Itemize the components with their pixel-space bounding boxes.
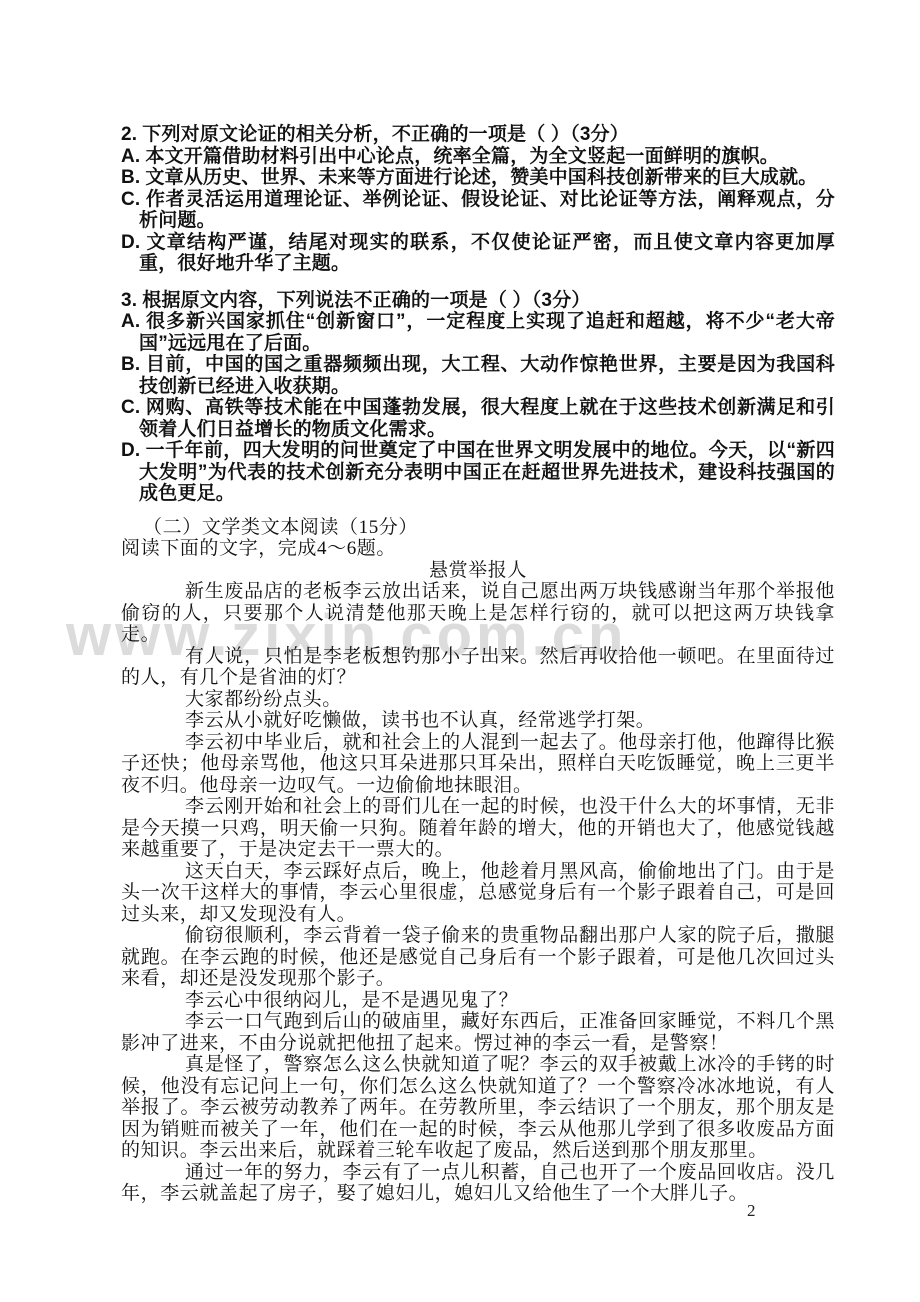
option-d-text: 文章结构严谨，结尾对现实的联系，不仅使论证严密，而且使文章内容更加厚重，很好地升… [139, 232, 835, 275]
option-a-text: 很多新兴国家抓住“创新窗口”，一定程度上实现了追赶和超越，将不少“老大帝国”远远… [139, 311, 835, 354]
question-2-number: 2. [121, 124, 137, 145]
question-3-stem: 根据原文内容，下列说法不正确的一项是（ ）（3分） [142, 290, 590, 311]
question-3-option-b: B.目前，中国的国之重器频频出现，大工程、大动作惊艳世界，主要是因为我国科技创新… [121, 354, 835, 397]
story-paragraph: 新生废品店的老板李云放出话来，说自己愿出两万块钱感谢当年那个举报他偷窃的人，只要… [121, 581, 835, 646]
question-3-option-a: A.很多新兴国家抓住“创新窗口”，一定程度上实现了追赶和超越，将不少“老大帝国”… [121, 311, 835, 354]
story-paragraph: 真是怪了，警察怎么这么快就知道了呢？李云的双手被戴上冰冷的手铐的时候，他没有忘记… [121, 1054, 835, 1162]
option-a-label: A. [121, 311, 140, 332]
question-2: 2.下列对原文论证的相关分析，不正确的一项是（ ）（3分） A.本文开篇借助材料… [121, 124, 835, 275]
page-content: 2.下列对原文论证的相关分析，不正确的一项是（ ）（3分） A.本文开篇借助材料… [121, 124, 835, 1205]
reading-instruction: 阅读下面的文字，完成4～6题。 [121, 538, 835, 560]
story-paragraph: 偷窃很顺利，李云背着一袋子偷来的贵重物品翻出那户人家的院子后，撒腿就跑。在李云跑… [121, 925, 835, 990]
option-a-label: A. [121, 146, 140, 167]
option-c-label: C. [121, 397, 140, 418]
option-b-text: 目前，中国的国之重器频频出现，大工程、大动作惊艳世界，主要是因为我国科技创新已经… [139, 354, 835, 397]
story-paragraph: 这天白天，李云踩好点后，晚上，他趁着月黑风高，偷偷地出了门。由于是头一次干这样大… [121, 861, 835, 926]
page-number: 2 [747, 1201, 756, 1221]
question-3-option-c: C.网购、高铁等技术能在中国蓬勃发展，很大程度上就在于这些技术创新满足和引领着人… [121, 397, 835, 440]
option-b-label: B. [121, 354, 140, 375]
question-2-stem-row: 2.下列对原文论证的相关分析，不正确的一项是（ ）（3分） [121, 124, 835, 146]
option-c-label: C. [121, 189, 140, 210]
option-c-text: 作者灵活运用道理论证、举例论证、假设论证、对比论证等方法，阐释观点，分析问题。 [139, 189, 835, 232]
story-paragraph: 大家都纷纷点头。 [121, 689, 835, 711]
story-paragraph: 有人说，只怕是李老板想钓那小子出来。然后再收拾他一顿吧。在里面待过的人，有几个是… [121, 646, 835, 689]
section-header: （二）文学类文本阅读（15分） [121, 517, 835, 539]
story-paragraph: 通过一年的努力，李云有了一点儿积蓄，自己也开了一个废品回收店。没几年，李云就盖起… [121, 1162, 835, 1205]
question-3-number: 3. [121, 290, 137, 311]
story-paragraph: 李云初中毕业后，就和社会上的人混到一起去了。他母亲打他，他蹿得比猴子还快；他母亲… [121, 732, 835, 797]
option-b-label: B. [121, 167, 140, 188]
question-3: 3.根据原文内容，下列说法不正确的一项是（ ）（3分） A.很多新兴国家抓住“创… [121, 290, 835, 505]
question-2-option-a: A.本文开篇借助材料引出中心论点，统率全篇，为全文竖起一面鲜明的旗帜。 [121, 146, 835, 168]
option-d-label: D. [121, 440, 140, 461]
story-paragraph: 李云一口气跑到后山的破庙里，藏好东西后，正准备回家睡觉，不料几个黑影冲了进来，不… [121, 1011, 835, 1054]
question-2-option-d: D.文章结构严谨，结尾对现实的联系，不仅使论证严密，而且使文章内容更加厚重，很好… [121, 232, 835, 275]
story-paragraph: 李云刚开始和社会上的哥们儿在一起的时候，也没干什么大的坏事情，无非是今天摸一只鸡… [121, 796, 835, 861]
question-3-option-d: D.一千年前，四大发明的问世奠定了中国在世界文明发展中的地位。今天，以“新四大发… [121, 440, 835, 505]
document-page: www.zixin.com.cn 2.下列对原文论证的相关分析，不正确的一项是（… [0, 0, 920, 1302]
option-b-text: 文章从历史、世界、未来等方面进行论述，赞美中国科技创新带来的巨大成就。 [145, 167, 817, 188]
question-2-stem: 下列对原文论证的相关分析，不正确的一项是（ ）（3分） [142, 124, 629, 145]
question-2-option-c: C.作者灵活运用道理论证、举例论证、假设论证、对比论证等方法，阐释观点，分析问题… [121, 189, 835, 232]
option-a-text: 本文开篇借助材料引出中心论点，统率全篇，为全文竖起一面鲜明的旗帜。 [145, 146, 779, 167]
story-title: 悬赏举报人 [121, 560, 835, 582]
option-d-label: D. [121, 232, 140, 253]
option-d-text: 一千年前，四大发明的问世奠定了中国在世界文明发展中的地位。今天，以“新四大发明”… [139, 440, 835, 504]
option-c-text: 网购、高铁等技术能在中国蓬勃发展，很大程度上就在于这些技术创新满足和引领着人们日… [139, 397, 835, 440]
question-3-stem-row: 3.根据原文内容，下列说法不正确的一项是（ ）（3分） [121, 290, 835, 312]
story-paragraph: 李云心中很纳闷儿，是不是遇见鬼了？ [121, 990, 835, 1012]
story-paragraph: 李云从小就好吃懒做，读书也不认真，经常逃学打架。 [121, 710, 835, 732]
question-2-option-b: B.文章从历史、世界、未来等方面进行论述，赞美中国科技创新带来的巨大成就。 [121, 167, 835, 189]
